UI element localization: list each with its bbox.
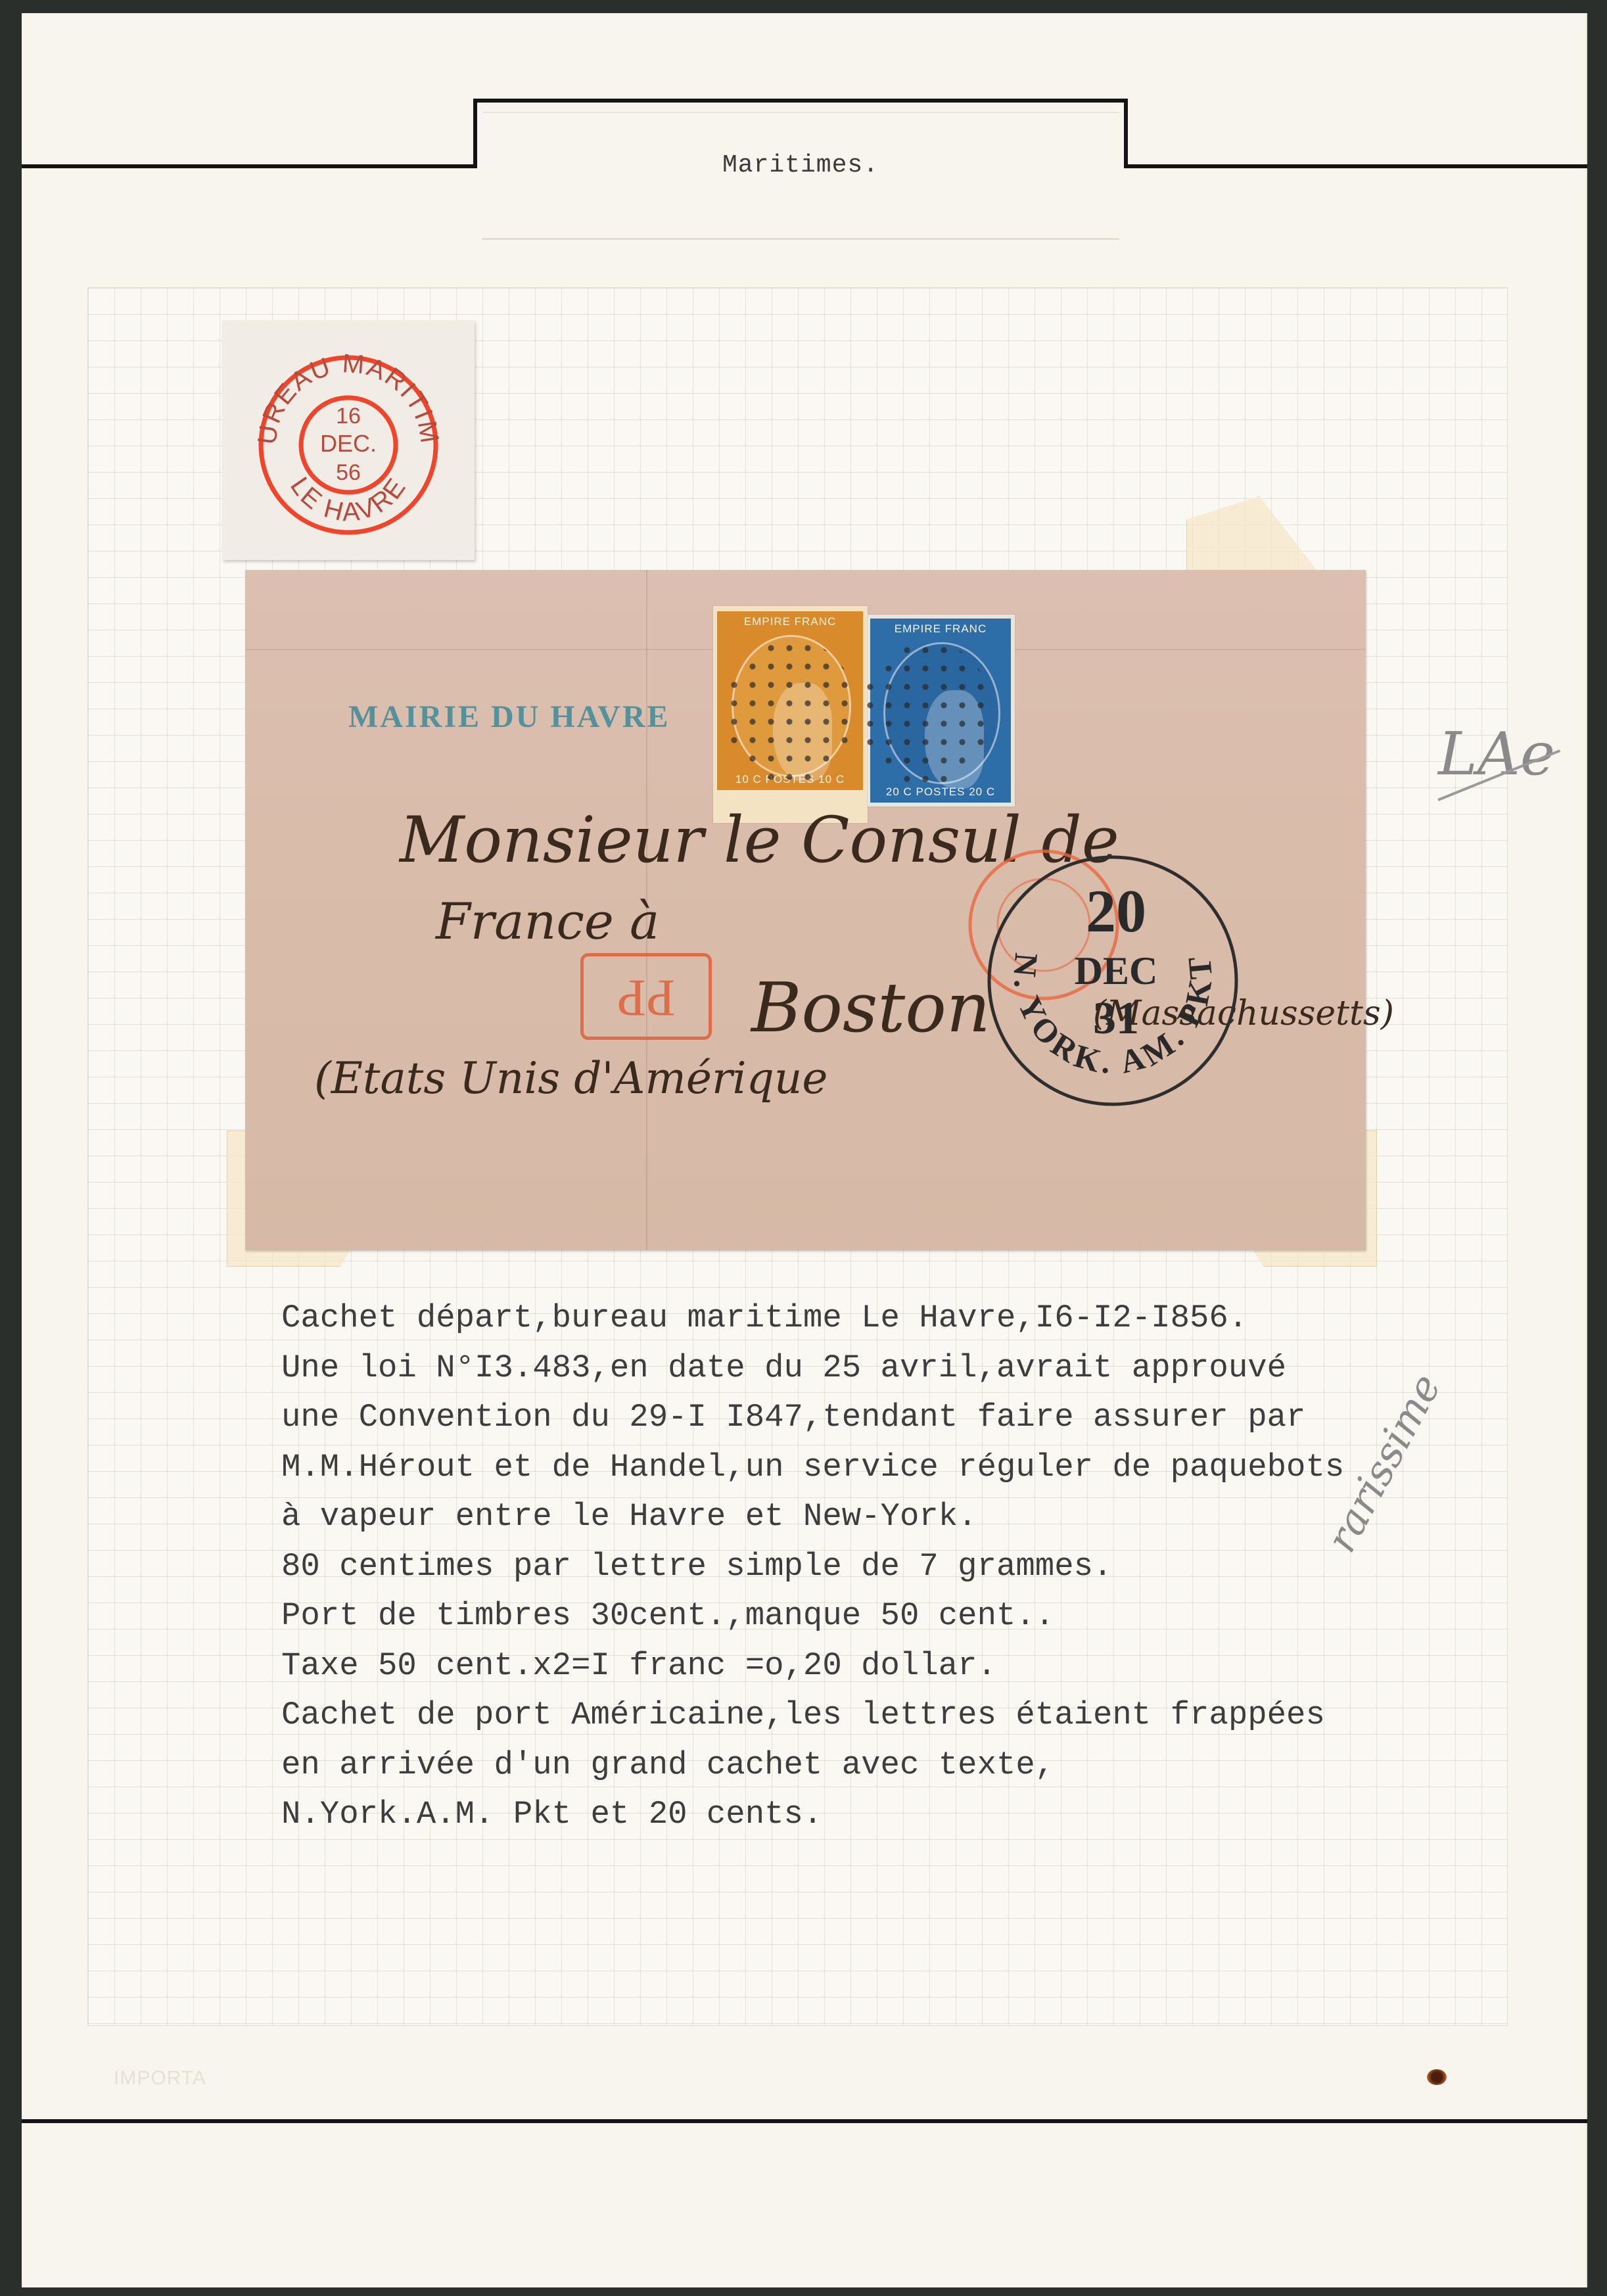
- note-line: Taxe 50 cent.x2=I franc =o,20 dollar.: [281, 1641, 1344, 1691]
- cachet-reproduction-card: BUREAU MARITIME LE HAVRE 16 DEC. 56: [222, 320, 475, 560]
- note-line: 80 centimes par lettre simple de 7 gramm…: [281, 1542, 1344, 1592]
- stamp-10c-orange: EMPIRE FRANC 10 C POSTES 10 C: [713, 606, 868, 823]
- page-title: Maritimes.: [473, 151, 1128, 179]
- stamp-bottom-label: 20 C POSTES 20 C: [870, 785, 1011, 799]
- footer-rule: [22, 2119, 1587, 2123]
- bureau-maritime-cachet-icon: BUREAU MARITIME LE HAVRE 16 DEC. 56: [222, 320, 475, 560]
- svg-text:DEC: DEC: [1075, 949, 1158, 993]
- svg-text:BUREAU MARITIME: BUREAU MARITIME: [222, 320, 444, 446]
- note-line: à vapeur entre le Havre et New-York.: [281, 1492, 1344, 1542]
- description-notes: Cachet départ,bureau maritime Le Havre,I…: [281, 1294, 1344, 1840]
- header-box-top: [473, 99, 1128, 103]
- svg-text:20: 20: [1086, 878, 1146, 945]
- svg-text:56: 56: [336, 460, 361, 485]
- stamp-top-label: EMPIRE FRANC: [717, 615, 863, 628]
- note-line: N.York.A.M. Pkt et 20 cents.: [281, 1790, 1344, 1840]
- note-line: M.M.Hérout et de Handel,un service régul…: [281, 1443, 1344, 1493]
- entire-letter-cover: MAIRIE DU HAVRE EMPIRE FRANC 10 C POSTES…: [245, 570, 1366, 1250]
- svg-text:16: 16: [336, 404, 361, 429]
- album-page: Maritimes. BUREAU MARITIME LE HAVRE 16 D…: [22, 13, 1587, 2287]
- expert-signature: LAe: [1438, 720, 1555, 789]
- note-line: Port de timbres 30cent.,manque 50 cent..: [281, 1591, 1344, 1641]
- stamp-20c-blue: EMPIRE FRANC 20 C POSTES 20 C: [868, 615, 1015, 807]
- losange-cancel-icon: [725, 639, 856, 784]
- pp-paid-mark: PP: [580, 953, 712, 1040]
- svg-text:31: 31: [1093, 993, 1139, 1044]
- note-line: une Convention du 29-I I847,tendant fair…: [281, 1393, 1344, 1443]
- rust-spot: [1427, 2069, 1447, 2085]
- note-line: Cachet départ,bureau maritime Le Havre,I…: [281, 1294, 1344, 1344]
- new-york-am-pkt-postmark-icon: 20 DEC 31 N. YORK. AM. PKT: [985, 853, 1241, 1109]
- note-line: Cachet de port Américaine,les lettres ét…: [281, 1691, 1344, 1741]
- address-line-5: (Etats Unis d'Amérique: [314, 1053, 827, 1104]
- address-line-2: France à: [436, 892, 659, 950]
- note-line: Une loi N°I3.483,en date du 25 avril,avr…: [281, 1344, 1344, 1394]
- note-line: en arrivée d'un grand cachet avec texte,: [281, 1741, 1344, 1791]
- header-rule-left: [22, 164, 475, 168]
- svg-text:DEC.: DEC.: [320, 430, 377, 457]
- header-rule-right: [1124, 164, 1587, 168]
- manufacturer-watermark: IMPORTA: [114, 2067, 206, 2090]
- losange-cancel-icon: [861, 641, 992, 785]
- mairie-du-havre-mark: MAIRIE DU HAVRE: [348, 699, 670, 735]
- stamp-top-label: EMPIRE FRANC: [870, 622, 1011, 636]
